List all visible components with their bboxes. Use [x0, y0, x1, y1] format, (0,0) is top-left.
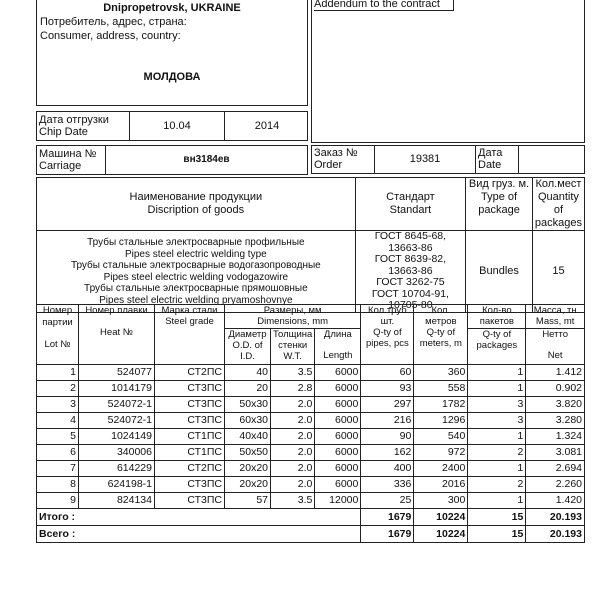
od-header: Диаметр O.D. of I.D. — [225, 329, 271, 365]
goods-description: Трубы стальные электросварные профильные… — [37, 231, 356, 313]
cell-lot: 9 — [37, 493, 79, 509]
wt-header-ru: Толщина стенки — [273, 329, 312, 351]
order-date-label-en: Date — [478, 159, 502, 171]
order-number: 19381 — [374, 146, 476, 173]
cell-lot: 8 — [37, 477, 79, 493]
wt-header-en: W.T. — [273, 351, 312, 362]
subtotal-label: Итого : — [37, 509, 361, 526]
table-row: 1524077СТ2ПС403.560006036011.412 — [37, 365, 585, 381]
cell-mass: 2.260 — [526, 477, 585, 493]
supplier-city: Dnipropetrovsk, UKRAINE — [37, 2, 307, 14]
cell-pkgs: 1 — [468, 429, 526, 445]
goods-package-type-header-ru: Вид груз. м. — [468, 178, 530, 191]
goods-description-line: Трубы стальные электросварные прямошовны… — [39, 283, 353, 295]
length-header: Длина Length — [315, 329, 361, 365]
lots-table: Номер партии Lot № Номер плавки Heat № М… — [36, 304, 585, 543]
goods-table: Наименование продукции Discription of go… — [36, 177, 585, 313]
cell-pkgs: 1 — [468, 365, 526, 381]
mass-header-ru: Масса, тн — [528, 305, 582, 316]
cell-mass: 0.902 — [526, 381, 585, 397]
table-row: 8624198-1СТ3ПС20x202.06000336201622.260 — [37, 477, 585, 493]
cell-wt: 2.0 — [271, 461, 315, 477]
heat-header-ru: Номер плавки — [81, 305, 152, 317]
goods-description-line: Pipes steel electric welding type — [39, 249, 353, 261]
meters-header: Кол. метров Q-ty of meters, m — [414, 305, 468, 365]
cell-heat: 1014179 — [79, 381, 155, 397]
goods-qty-header-en: Quantity of packages — [535, 191, 582, 230]
mass-header: Масса, тн Mass, mt — [526, 305, 585, 329]
carriage-value: вн3184ев — [105, 146, 307, 174]
cell-pipes: 297 — [361, 397, 414, 413]
order-date-value — [518, 146, 584, 173]
cell-heat: 1024149 — [79, 429, 155, 445]
total-packages: 15 — [468, 526, 526, 543]
cell-wt: 2.0 — [271, 429, 315, 445]
mass-header-en: Mass, mt — [528, 316, 582, 327]
cell-heat: 340006 — [79, 445, 155, 461]
goods-qty-packages: 15 — [532, 231, 584, 313]
pipes-header: Кол.труб шт. Q-ty of pipes, pcs — [361, 305, 414, 365]
table-row: 21014179СТ3ПС202.860009355810.902 — [37, 381, 585, 397]
meters-header-en: Q-ty of meters, m — [416, 327, 465, 349]
total-meters: 10224 — [414, 526, 468, 543]
goods-standards: ГОСТ 8645-68,13663-86ГОСТ 8639-82,13663-… — [355, 231, 465, 313]
goods-package-type-header: Вид груз. м. Type of package — [466, 178, 533, 231]
cell-meters: 2016 — [414, 477, 468, 493]
cell-grade: СТ2ПС — [155, 461, 225, 477]
cell-pkgs: 1 — [468, 461, 526, 477]
cell-len: 6000 — [315, 477, 361, 493]
cell-grade: СТ2ПС — [155, 365, 225, 381]
lot-header-ru: Номер партии — [39, 305, 76, 329]
cell-len: 12000 — [315, 493, 361, 509]
cell-pkgs: 1 — [468, 493, 526, 509]
goods-description-line: Трубы стальные электросварные профильные — [39, 237, 353, 249]
cell-pkgs: 3 — [468, 413, 526, 429]
heat-header: Номер плавки Heat № — [79, 305, 155, 365]
cell-grade: СТ3ПС — [155, 413, 225, 429]
grade-header: Марка стали Steel grade — [155, 305, 225, 365]
total-mass: 20.193 — [526, 526, 585, 543]
cell-heat: 624198-1 — [79, 477, 155, 493]
goods-desc-header: Наименование продукции Discription of go… — [37, 178, 356, 231]
subtotal-row: Итого : 1679 10224 15 20.193 — [37, 509, 585, 526]
cell-grade: СТ3ПС — [155, 477, 225, 493]
cell-lot: 5 — [37, 429, 79, 445]
cell-pkgs: 2 — [468, 477, 526, 493]
net-header-en: Net — [528, 350, 582, 361]
cell-len: 6000 — [315, 397, 361, 413]
cell-wt: 2.8 — [271, 381, 315, 397]
goods-description-line: Pipes steel electric welding vodogazowir… — [39, 272, 353, 284]
consumer-block: Dnipropetrovsk, UKRAINE Потребитель, адр… — [36, 0, 308, 106]
wt-header: Толщина стенки W.T. — [271, 329, 315, 365]
cell-len: 6000 — [315, 381, 361, 397]
cell-heat: 524072-1 — [79, 397, 155, 413]
cell-pkgs: 3 — [468, 397, 526, 413]
cell-wt: 3.5 — [271, 365, 315, 381]
cell-mass: 1.324 — [526, 429, 585, 445]
cell-heat: 524072-1 — [79, 413, 155, 429]
meters-header-ru: Кол. метров — [416, 305, 465, 327]
chip-date-daymonth: 10.04 — [129, 112, 225, 140]
cell-od: 50x30 — [225, 397, 271, 413]
cell-od: 20x20 — [225, 461, 271, 477]
cell-meters: 540 — [414, 429, 468, 445]
dimensions-header-ru: Размеры, мм — [227, 305, 358, 316]
cell-pipes: 93 — [361, 381, 414, 397]
order-label: Заказ № Order — [314, 147, 358, 171]
goods-desc-header-en: Discription of goods — [39, 204, 353, 217]
cell-lot: 3 — [37, 397, 79, 413]
cell-od: 50x50 — [225, 445, 271, 461]
cell-grade: СТ1ПС — [155, 429, 225, 445]
subtotal-mass: 20.193 — [526, 509, 585, 526]
cell-mass: 3.081 — [526, 445, 585, 461]
od-header-en: O.D. of I.D. — [227, 340, 268, 362]
cell-meters: 2400 — [414, 461, 468, 477]
cell-pipes: 400 — [361, 461, 414, 477]
goods-package-type-header-en: Type of package — [468, 191, 530, 217]
cell-pipes: 162 — [361, 445, 414, 461]
cell-len: 6000 — [315, 461, 361, 477]
goods-standard-header: Стандарт Standart — [355, 178, 465, 231]
chip-date-year: 2014 — [227, 112, 307, 140]
cell-len: 6000 — [315, 429, 361, 445]
carriage-label: Машина № Carriage — [39, 148, 96, 172]
subtotal-meters: 10224 — [414, 509, 468, 526]
cell-grade: СТ3ПС — [155, 493, 225, 509]
order-date-label: Дата Date — [478, 147, 502, 171]
length-header-ru: Длина — [317, 329, 358, 340]
table-row: 51024149СТ1ПС40x402.060009054011.324 — [37, 429, 585, 445]
goods-qty-header: Кол.мест Quantity of packages — [532, 178, 584, 231]
grade-header-ru: Марка стали — [157, 305, 222, 316]
cell-grade: СТ3ПС — [155, 397, 225, 413]
cell-grade: СТ3ПС — [155, 381, 225, 397]
order-label-en: Order — [314, 159, 358, 171]
goods-standard-header-en: Standart — [358, 204, 463, 217]
goods-description-line: Трубы стальные электросварные водогазопр… — [39, 260, 353, 272]
table-row: 4524072-1СТ3ПС60x302.06000216129633.280 — [37, 413, 585, 429]
lot-header-en: Lot № — [39, 339, 76, 351]
cell-pkgs: 2 — [468, 445, 526, 461]
heat-header-en: Heat № — [81, 327, 152, 339]
cell-len: 6000 — [315, 413, 361, 429]
cell-lot: 2 — [37, 381, 79, 397]
cell-mass: 2.694 — [526, 461, 585, 477]
cell-pkgs: 1 — [468, 381, 526, 397]
table-row: 7614229СТ2ПС20x202.06000400240012.694 — [37, 461, 585, 477]
chip-date-label: Дата отгрузки Chip Date — [39, 114, 109, 138]
cell-pipes: 60 — [361, 365, 414, 381]
dimensions-header: Размеры, мм Dimensions, mm — [225, 305, 361, 329]
cell-meters: 558 — [414, 381, 468, 397]
cell-lot: 7 — [37, 461, 79, 477]
packages-header: Кол-во пакетов — [468, 305, 526, 329]
consumer-country: МОЛДОВА — [37, 71, 307, 83]
subtotal-packages: 15 — [468, 509, 526, 526]
pipes-header-ru: Кол.труб шт. — [363, 305, 411, 327]
total-label: Всего : — [37, 526, 361, 543]
grade-header-en: Steel grade — [157, 316, 222, 327]
cell-len: 6000 — [315, 445, 361, 461]
cell-od: 20x20 — [225, 477, 271, 493]
order-label-ru: Заказ № — [314, 147, 358, 159]
lot-header: Номер партии Lot № — [37, 305, 79, 365]
pipes-header-en: Q-ty of pipes, pcs — [363, 327, 411, 349]
chip-date-label-en: Chip Date — [39, 126, 109, 138]
addendum-block: Addendum to the contract — [311, 0, 585, 143]
dimensions-header-en: Dimensions, mm — [227, 316, 358, 327]
cell-lot: 1 — [37, 365, 79, 381]
cell-heat: 614229 — [79, 461, 155, 477]
lot-rows: 1524077СТ2ПС403.560006036011.41221014179… — [37, 365, 585, 509]
cell-wt: 2.0 — [271, 397, 315, 413]
cell-lot: 6 — [37, 445, 79, 461]
table-row: 3524072-1СТ3ПС50x302.06000297178233.820 — [37, 397, 585, 413]
carriage-label-ru: Машина № — [39, 148, 96, 160]
total-row: Всего : 1679 10224 15 20.193 — [37, 526, 585, 543]
cell-meters: 972 — [414, 445, 468, 461]
cell-mass: 3.280 — [526, 413, 585, 429]
cell-pipes: 90 — [361, 429, 414, 445]
cell-wt: 2.0 — [271, 477, 315, 493]
cell-mass: 1.412 — [526, 365, 585, 381]
cell-lot: 4 — [37, 413, 79, 429]
carriage-label-en: Carriage — [39, 160, 96, 172]
table-row: 6340006СТ1ПС50x502.0600016297223.081 — [37, 445, 585, 461]
cell-pipes: 336 — [361, 477, 414, 493]
cell-od: 40 — [225, 365, 271, 381]
cell-meters: 300 — [414, 493, 468, 509]
cell-meters: 1782 — [414, 397, 468, 413]
goods-package-type: Bundles — [466, 231, 533, 313]
goods-desc-header-ru: Наименование продукции — [39, 191, 353, 204]
order-date-label-ru: Дата — [478, 147, 502, 159]
cell-meters: 1296 — [414, 413, 468, 429]
cell-len: 6000 — [315, 365, 361, 381]
cell-od: 60x30 — [225, 413, 271, 429]
cell-pipes: 25 — [361, 493, 414, 509]
subtotal-pipes: 1679 — [361, 509, 414, 526]
goods-standard-header-ru: Стандарт — [358, 191, 463, 204]
cell-od: 57 — [225, 493, 271, 509]
od-header-ru: Диаметр — [227, 329, 268, 340]
cell-heat: 824134 — [79, 493, 155, 509]
cell-wt: 2.0 — [271, 413, 315, 429]
packages-subheader: Q-ty of packages — [468, 329, 526, 365]
consumer-label-en: Consumer, address, country: — [40, 30, 181, 42]
cell-pipes: 216 — [361, 413, 414, 429]
cell-meters: 360 — [414, 365, 468, 381]
chip-date-label-ru: Дата отгрузки — [39, 114, 109, 126]
addendum-label: Addendum to the contract — [314, 0, 454, 11]
cell-od: 20 — [225, 381, 271, 397]
cell-heat: 524077 — [79, 365, 155, 381]
consumer-label-ru: Потребитель, адрес, страна: — [40, 16, 187, 28]
total-pipes: 1679 — [361, 526, 414, 543]
carriage-row: Машина № Carriage вн3184ев — [36, 145, 308, 175]
cell-od: 40x40 — [225, 429, 271, 445]
cell-mass: 1.420 — [526, 493, 585, 509]
net-header-ru: Нетто — [528, 329, 582, 340]
net-header: Нетто Net — [526, 329, 585, 365]
table-row: 9824134СТ3ПС573.5120002530011.420 — [37, 493, 585, 509]
cell-mass: 3.820 — [526, 397, 585, 413]
cell-grade: СТ1ПС — [155, 445, 225, 461]
chip-date-row: Дата отгрузки Chip Date 10.04 2014 — [36, 111, 308, 141]
length-header-en: Length — [317, 350, 358, 361]
order-row: Заказ № Order 19381 Дата Date — [311, 145, 585, 174]
cell-wt: 2.0 — [271, 445, 315, 461]
cell-wt: 3.5 — [271, 493, 315, 509]
goods-qty-header-ru: Кол.мест — [535, 178, 582, 191]
